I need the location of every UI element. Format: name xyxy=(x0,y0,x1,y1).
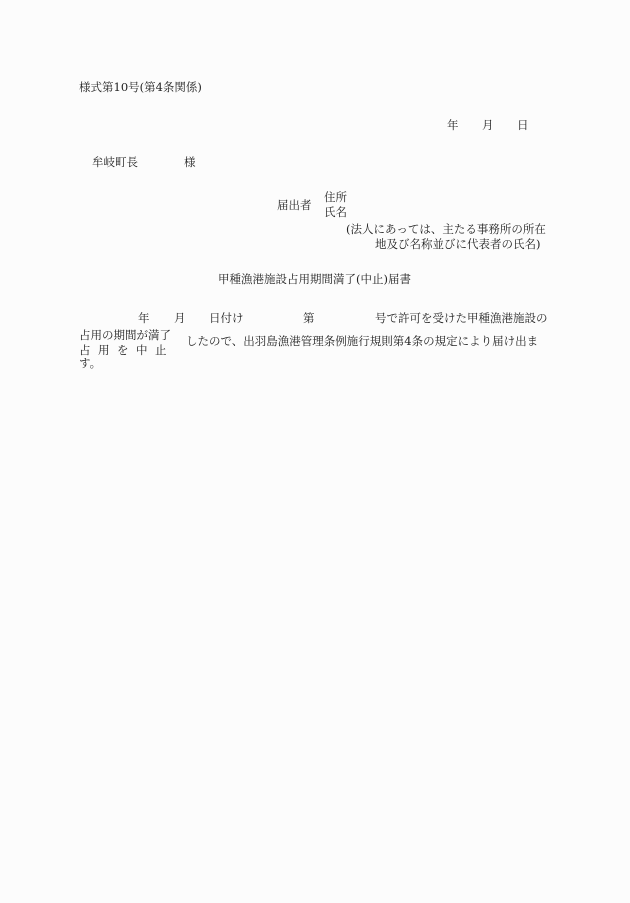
body-year-label: 年 xyxy=(138,313,150,325)
body-line1-rest: 号で許可を受けた甲種漁港施設の xyxy=(375,313,548,325)
choice-block: 占用の期間が満了 占用を中止 xyxy=(79,328,174,358)
corporation-note-line1: (法人にあっては、主たる事務所の所在 xyxy=(346,224,546,236)
document-title: 甲種漁港施設占用期間満了(中止)届書 xyxy=(218,274,411,286)
body-dated-label: 日付け xyxy=(209,313,244,325)
form-number: 様式第10号(第4条関係) xyxy=(79,82,202,94)
date-year-label: 年 xyxy=(447,120,459,132)
date-day-label: 日 xyxy=(517,120,529,132)
name-label: 氏名 xyxy=(324,207,347,219)
choice-option-expired: 占用の期間が満了 xyxy=(79,328,174,343)
body-month-label: 月 xyxy=(174,313,186,325)
body-line2: したので、出羽島漁港管理条例施行規則第4条の規定により届け出ま xyxy=(186,336,538,348)
body-number-prefix: 第 xyxy=(303,313,315,325)
address-label: 住所 xyxy=(324,192,347,204)
date-month-label: 月 xyxy=(482,120,494,132)
corporation-note-line2: 地及び名称並びに代表者の氏名) xyxy=(375,239,541,251)
addressee-name: 牟岐町長 xyxy=(92,157,138,169)
body-line3: す。 xyxy=(79,358,101,370)
addressee-suffix: 様 xyxy=(184,157,196,169)
applicant-label: 届出者 xyxy=(277,200,312,212)
